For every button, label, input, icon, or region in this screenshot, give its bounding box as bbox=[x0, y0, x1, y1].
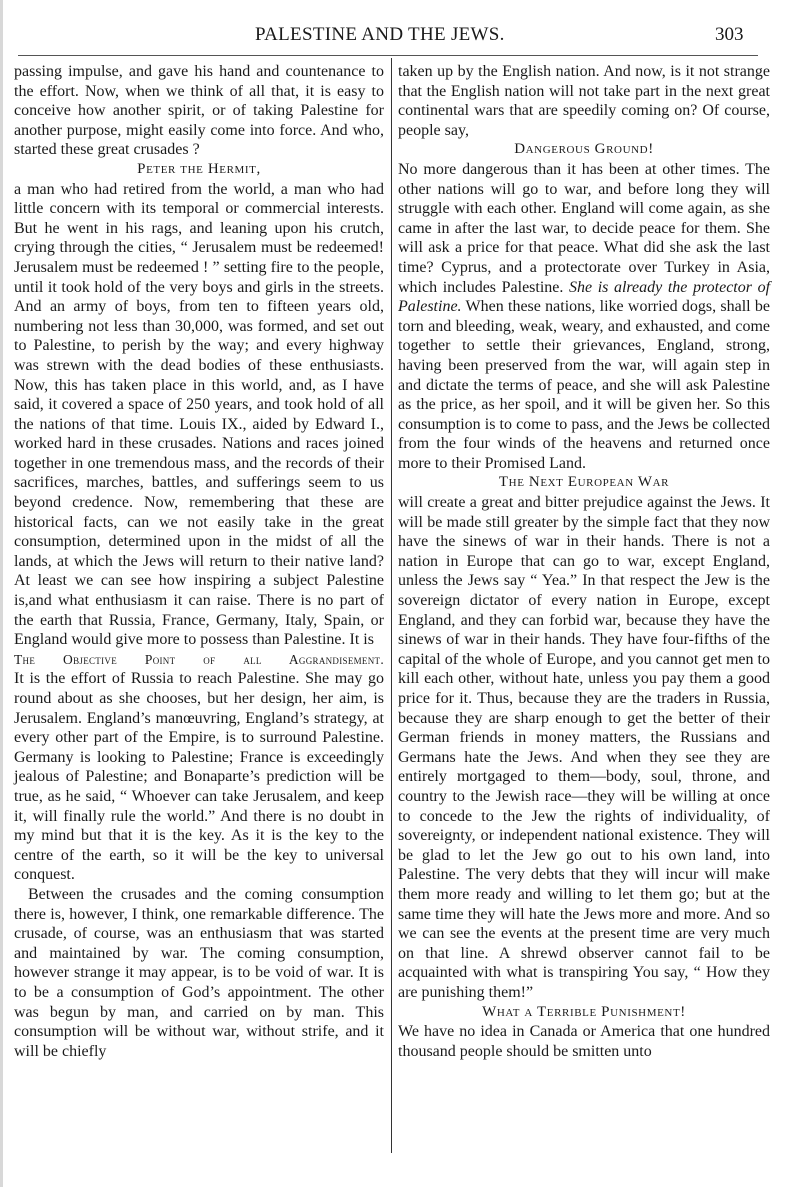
running-header: PALESTINE AND THE JEWS. 303 bbox=[0, 20, 790, 50]
paragraph: passing impulse, and gave his hand and c… bbox=[14, 62, 384, 160]
text-run: When these nations, like worried dogs, s… bbox=[398, 298, 770, 472]
header-rule bbox=[18, 55, 758, 56]
left-column: passing impulse, and gave his hand and c… bbox=[14, 62, 384, 1061]
section-heading: Dangerous Ground! bbox=[398, 140, 770, 160]
paragraph: will create a great and bitter prejudice… bbox=[398, 493, 770, 1002]
paragraph: a man who had retired from the world, a … bbox=[14, 180, 384, 650]
column-divider bbox=[391, 58, 392, 1153]
paragraph: Between the crusades and the coming cons… bbox=[14, 885, 384, 1061]
paragraph: No more dangerous than it has been at ot… bbox=[398, 160, 770, 474]
paragraph: It is the effort of Russia to reach Pale… bbox=[14, 669, 384, 885]
section-heading: The Next European War bbox=[398, 473, 770, 493]
paragraph: taken up by the English nation. And now,… bbox=[398, 62, 770, 140]
running-title: PALESTINE AND THE JEWS. bbox=[255, 24, 505, 46]
section-heading: Peter the Hermit, bbox=[14, 160, 384, 180]
section-heading: The Objective Point of all Aggrandisemen… bbox=[14, 650, 384, 670]
right-column: taken up by the English nation. And now,… bbox=[398, 62, 770, 1061]
text-run: No more dangerous than it has been at ot… bbox=[398, 161, 770, 296]
page-number: 303 bbox=[715, 24, 744, 46]
page-edge bbox=[0, 0, 3, 1187]
paragraph: We have no idea in Canada or America tha… bbox=[398, 1022, 770, 1061]
section-heading: What a Terrible Punishment! bbox=[398, 1003, 770, 1023]
